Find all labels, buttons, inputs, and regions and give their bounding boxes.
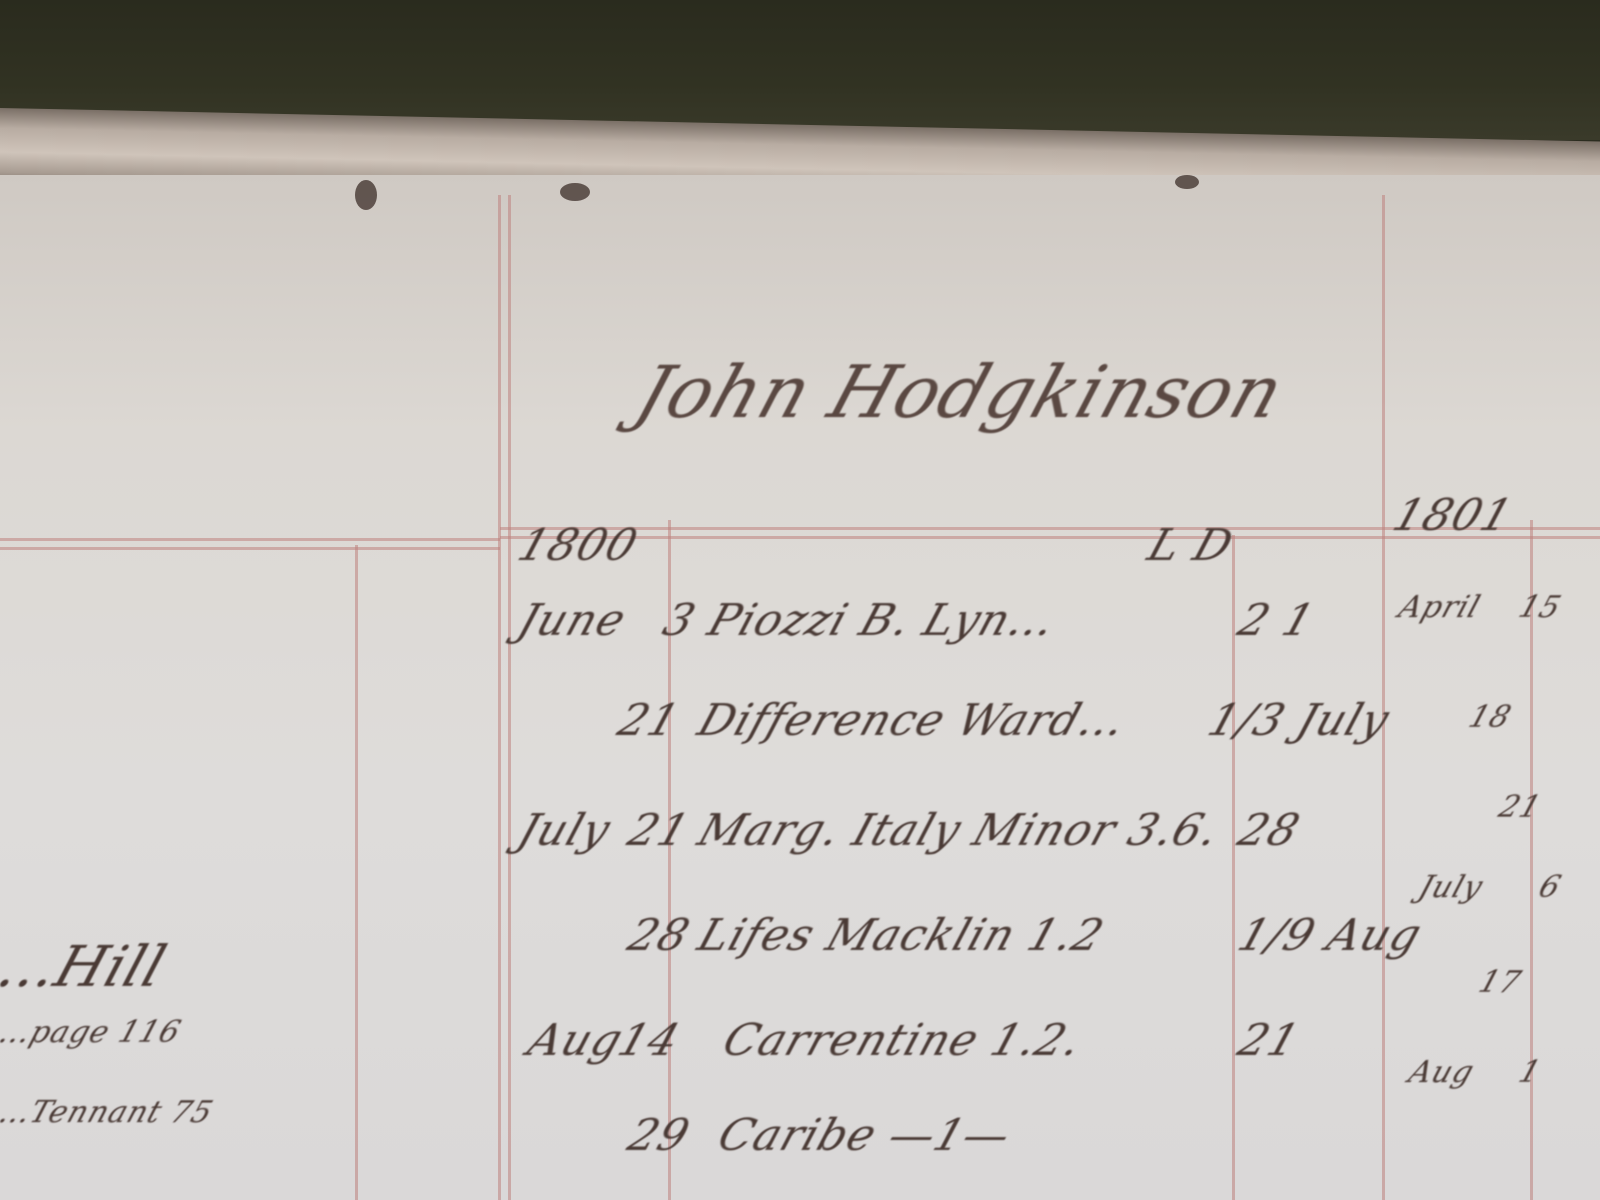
entry-amount: 2 1 [1232,595,1322,646]
entry-day: 21 [612,695,687,746]
right-entry-day: 1 [1514,1055,1545,1090]
entry-description: Marg. Italy Minor 3.6. [692,805,1226,856]
column-rule [508,195,511,1200]
year-heading: 1800 [512,520,645,571]
header-rule [0,538,500,541]
left-fragment-name: …Hill [0,935,174,1000]
entry-month: June [512,595,633,646]
entry-amount: 28 [1232,805,1307,856]
entry-day: 3 [657,595,703,646]
entry-description: Lifes Macklin 1.2 [692,910,1111,961]
entry-description: Difference Ward… [692,695,1133,746]
currency-header: L D [1142,520,1240,571]
account-holder-name: John Hodgkinson [626,350,1294,434]
ink-smudge [560,183,590,201]
right-entry-month: July [1414,870,1487,905]
header-rule [0,547,500,550]
entry-month: July [512,805,617,856]
entry-amount: 1/3 July [1202,695,1396,746]
entry-amount: 21 [1232,1015,1307,1066]
right-entry-day: 17 [1474,965,1526,1000]
right-entry-day: 6 [1534,870,1565,905]
right-entry-month: April [1394,590,1485,625]
ink-smudge [355,180,377,210]
entry-day: 21 [622,805,697,856]
left-fragment-line2: …page 116 [0,1015,186,1050]
entry-day: 28 [622,910,697,961]
ink-smudge [1175,175,1199,189]
entry-day: 29 [622,1110,697,1161]
entry-amount: 1/9 Aug [1232,910,1429,961]
right-year-heading: 1801 [1387,490,1520,541]
entry-description: Caribe —1— [712,1110,1018,1161]
column-rule [355,545,358,1200]
right-entry-day: 21 [1494,790,1546,825]
left-fragment-line3: …Tennant 75 [0,1095,218,1130]
ledger-page: John Hodgkinson 1800 L D June 3 Piozzi B… [0,175,1600,1200]
entry-description: Carrentine 1.2. [717,1015,1089,1066]
right-entry-day: 18 [1464,700,1516,735]
right-entry-day: 15 [1514,590,1566,625]
column-rule [498,195,501,1200]
entry-description: Piozzi B. Lyn… [702,595,1063,646]
right-entry-month: Aug [1404,1055,1479,1090]
